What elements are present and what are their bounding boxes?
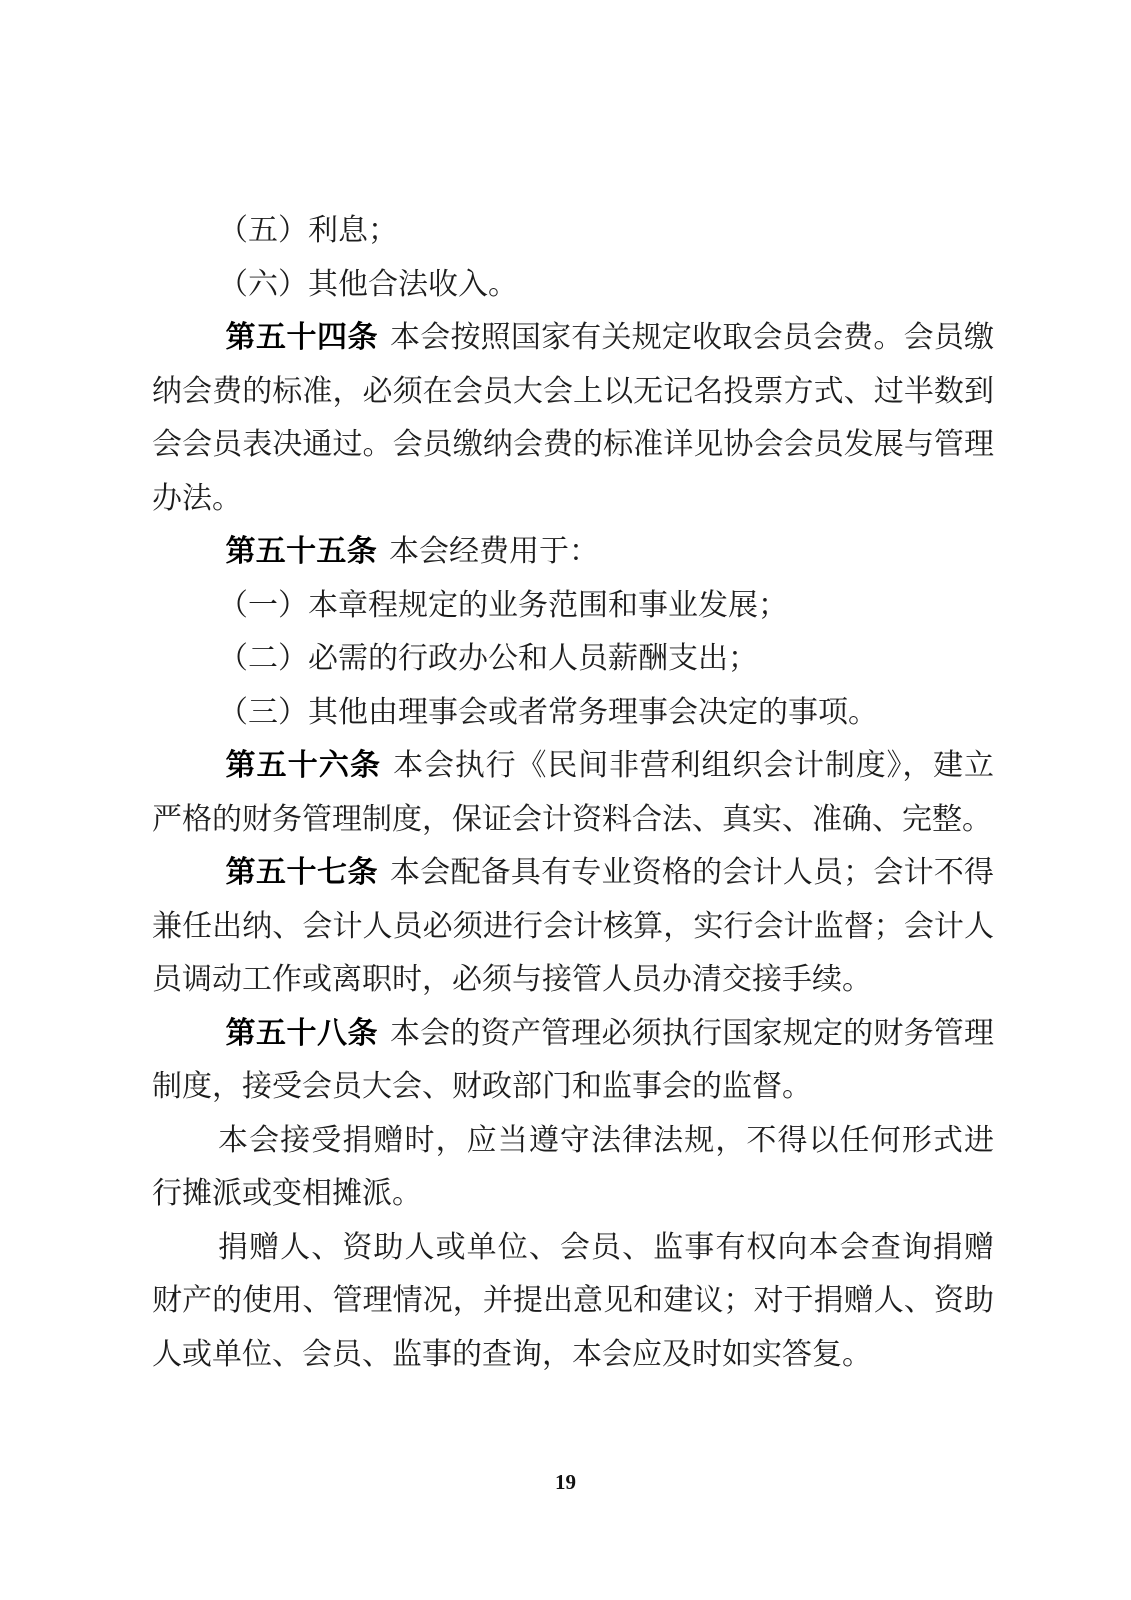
paragraph: 本会接受捐赠时，应当遵守法律法规，不得以任何形式进行摊派或变相摊派。 <box>152 1114 994 1221</box>
list-item: （五）利息； <box>152 204 994 258</box>
article: 第五十四条本会按照国家有关规定收取会员会费。会员缴纳会费的标准，必须在会员大会上… <box>152 311 994 525</box>
page-number: 19 <box>555 1470 576 1494</box>
list-item: （一）本章程规定的业务范围和事业发展； <box>152 579 994 633</box>
article-text: 本会经费用于： <box>389 535 599 568</box>
page-footer: 19 <box>0 1470 1131 1495</box>
paragraph: 捐赠人、资助人或单位、会员、监事有权向本会查询捐赠财产的使用、管理情况，并提出意… <box>152 1221 994 1382</box>
list-item: （二）必需的行政办公和人员薪酬支出； <box>152 632 994 686</box>
article-heading: 第五十六条 <box>226 749 382 782</box>
article-heading: 第五十四条 <box>226 321 379 354</box>
article: 第五十六条本会执行《民间非营利组织会计制度》，建立严格的财务管理制度，保证会计资… <box>152 739 994 846</box>
article-heading: 第五十五条 <box>226 535 378 568</box>
list-item: （六）其他合法收入。 <box>152 258 994 312</box>
article-heading: 第五十七条 <box>226 856 379 889</box>
document-body: （五）利息；（六）其他合法收入。第五十四条本会按照国家有关规定收取会员会费。会员… <box>152 204 994 1381</box>
document-page: （五）利息；（六）其他合法收入。第五十四条本会按照国家有关规定收取会员会费。会员… <box>0 0 1131 1600</box>
article: 第五十七条本会配备具有专业资格的会计人员；会计不得兼任出纳、会计人员必须进行会计… <box>152 846 994 1007</box>
list-item: （三）其他由理事会或者常务理事会决定的事项。 <box>152 686 994 740</box>
article: 第五十五条本会经费用于： <box>152 525 994 579</box>
article: 第五十八条本会的资产管理必须执行国家规定的财务管理制度，接受会员大会、财政部门和… <box>152 1007 994 1114</box>
article-heading: 第五十八条 <box>226 1017 379 1050</box>
